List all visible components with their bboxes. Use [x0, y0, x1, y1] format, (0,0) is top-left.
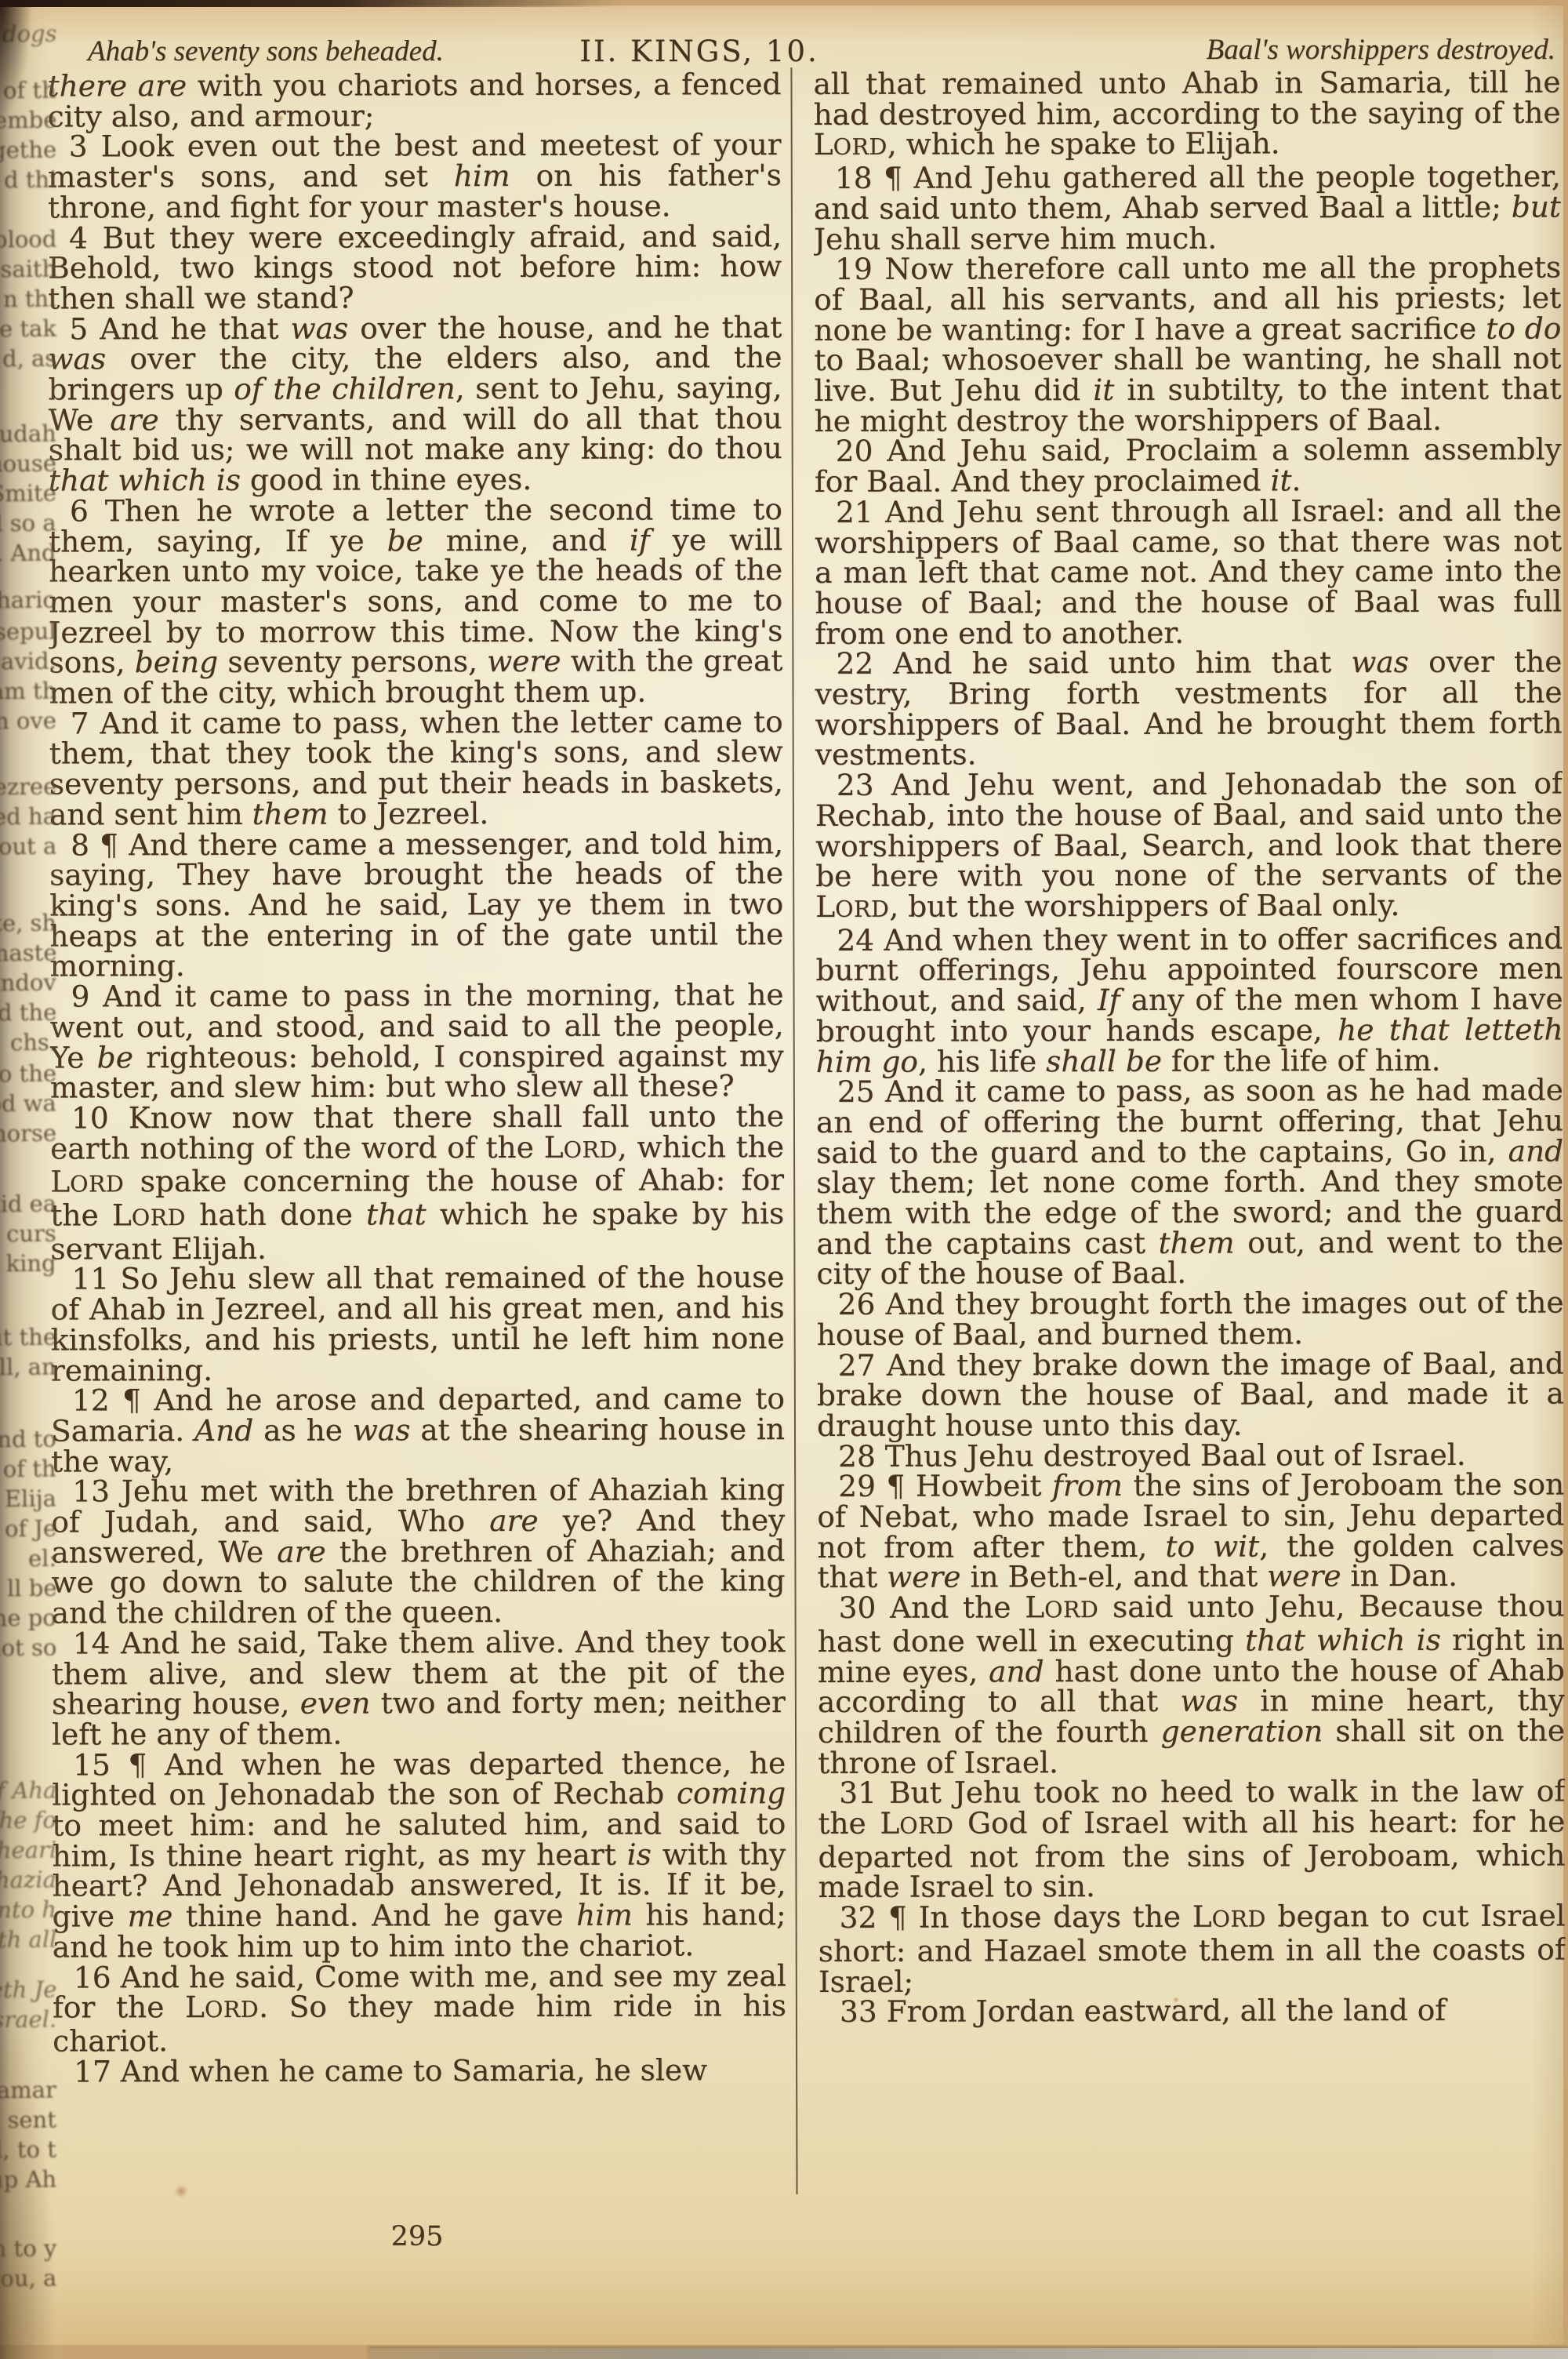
- facing-page-text-fragment: into h: [0, 1896, 56, 1924]
- facing-page-text-fragment: d the: [0, 999, 56, 1027]
- gutter-top-shadow: [0, 0, 31, 118]
- facing-page-text-fragment: ll be: [6, 1575, 56, 1602]
- verse-paragraph-24: 24 And when they went in to offer sacrif…: [815, 923, 1563, 1077]
- divine-name-small-caps: LORD: [815, 889, 889, 924]
- facing-page-text-fragment: not so: [0, 1634, 56, 1662]
- facing-page-text-fragment: a king: [0, 1250, 56, 1278]
- facing-page-text-fragment: ate, sh: [0, 909, 56, 936]
- verse-paragraph-27: 27 And they brake down the image of Baal…: [817, 1348, 1564, 1441]
- verse-paragraph-11: 11 So Jehu slew all that remained of the…: [50, 1262, 784, 1385]
- facing-page-text-fragment: out a: [0, 833, 56, 860]
- verse-paragraph-28: 28 Thus Jehu destroyed Baal out of Israe…: [817, 1439, 1564, 1471]
- facing-page-text-fragment: e tak: [0, 315, 56, 343]
- facing-page-text-fragment: ed ha: [0, 803, 56, 831]
- facing-page-text-fragment: of Je: [5, 1515, 57, 1543]
- facing-page-text-fragment: sheari: [0, 1837, 56, 1864]
- divine-name-small-caps: LORD: [185, 1990, 259, 2024]
- facing-page-text-fragment: sepul: [0, 618, 56, 645]
- facing-page-text-fragment: t Elija: [0, 1485, 56, 1513]
- verse-paragraph-29: 29 ¶ Howbeit from the sins of Jeroboam t…: [817, 1470, 1564, 1593]
- facing-page-text-fragment: ut the: [0, 1324, 56, 1351]
- verse-paragraph-18: 18 ¶ And Jehu gathered all the people to…: [814, 162, 1561, 255]
- photo-top-edge: [0, 0, 619, 7]
- verse-paragraph-14: 14 And he said, Take them alive. And the…: [52, 1627, 786, 1750]
- divine-name-small-caps: LORD: [112, 1198, 186, 1232]
- facing-page-text-fragment: Ahazia: [0, 1866, 56, 1893]
- facing-page-text-fragment: , saith: [0, 256, 56, 283]
- facing-page-text-fragment: chario: [0, 587, 56, 614]
- verse-paragraph-7: 7 And it came to pass, when the letter c…: [49, 707, 783, 830]
- verse-paragraph-32: 32 ¶ In those days the LORD began to cut…: [818, 1901, 1566, 1997]
- verse-paragraph-25: 25 And it came to pass, as soon as he ha…: [816, 1075, 1564, 1289]
- facing-page-text-fragment: reth Je: [0, 1976, 56, 2003]
- facing-page-text-fragment: ull, an: [0, 1354, 56, 1381]
- paper-stain: [276, 114, 284, 122]
- facing-page-text-fragment: did ea: [0, 1190, 56, 1218]
- divine-name-small-caps: LORD: [544, 1129, 618, 1164]
- book-gutter: dogsof thembegethed thiblood, saithn thi…: [0, 0, 67, 2359]
- verse-paragraph-15: 15 ¶ And when he was departed thence, he…: [52, 1748, 786, 1962]
- facing-page-text-fragment: the po: [0, 1605, 56, 1632]
- facing-page-text-fragment: . And: [0, 540, 56, 567]
- facing-page-text-fragment: n thi: [3, 285, 56, 313]
- verse-paragraph-6: 6 Then he wrote a letter the second time…: [49, 494, 783, 708]
- facing-page-text-fragment: blood: [0, 226, 56, 253]
- facing-page-text-fragment: of Aha: [0, 1777, 56, 1805]
- verse-paragraph-30: 30 And the LORD said unto Jehu, Because …: [818, 1591, 1566, 1779]
- facing-page-text-fragment: vindov: [0, 969, 56, 996]
- page-number: 295: [50, 2221, 784, 2252]
- facing-page-text-fragment: avid.: [1, 648, 56, 675]
- verse-paragraph-26: 26 And they brought forth the images out…: [817, 1288, 1564, 1350]
- verse-paragraph-31: 31 But Jehu took no heed to walk in the …: [818, 1776, 1565, 1903]
- facing-page-text-fragment: horse: [0, 1120, 56, 1147]
- verse-paragraph-10: 10 Know now that there shall fall unto t…: [50, 1101, 785, 1264]
- verse-paragraph-continuation: all that remained unto Ahab in Samaria, …: [813, 67, 1560, 163]
- facing-page-text-fragment: th all: [0, 1926, 56, 1954]
- facing-page-text-fragment: n ove: [0, 707, 56, 735]
- verse-paragraph-9: 9 And it came to pass in the morning, th…: [49, 980, 783, 1103]
- verse-paragraph-3: 3 Look even out the best and meetest of …: [48, 129, 782, 223]
- verse-paragraph-4: 4 But they were exceedingly afraid, and …: [48, 221, 782, 314]
- facing-page-text-fragment: chs.: [10, 1029, 56, 1056]
- facing-page-text-fragment: , Smite: [0, 479, 56, 507]
- facing-page-text-fragment: So the: [0, 1060, 56, 1088]
- divine-name-small-caps: LORD: [1025, 1590, 1098, 1624]
- facing-page-text-fragment: maste: [0, 940, 56, 967]
- verse-paragraph-12: 12 ¶ And he arose and departed, and came…: [51, 1383, 785, 1477]
- verse-paragraph-33: 33 From Jordan eastward, all the land of: [818, 1995, 1566, 2027]
- paper-stain: [1173, 1997, 1179, 2003]
- right-column: all that remained unto Ahab in Samaria, …: [813, 67, 1566, 2195]
- facing-page-text-fragment: d of th: [0, 1456, 56, 1483]
- verse-paragraph-19: 19 Now therefore call unto me all the pr…: [814, 253, 1562, 437]
- verse-paragraph-8: 8 ¶ And there came a messenger, and told…: [49, 828, 784, 982]
- gutter-bottom-shadow: [0, 2030, 55, 2359]
- chapter-heading: II. KINGS, 10.: [579, 35, 818, 68]
- facing-page-text-fragment: ood wa: [0, 1089, 56, 1117]
- verse-paragraph-17: 17 And when he came to Samaria, he slew: [53, 2055, 786, 2087]
- facing-page-text-fragment: d so a: [0, 510, 56, 537]
- running-title-right: Baal's worshippers destroyed.: [1207, 33, 1555, 67]
- paper-stain: [174, 2185, 188, 2197]
- facing-page-text-fragment: Jezree: [0, 773, 56, 801]
- left-column: there are with you chariots and horses, …: [47, 69, 786, 2188]
- divine-name-small-caps: LORD: [880, 1806, 953, 1841]
- scripture-text-block: there are with you chariots and horses, …: [47, 67, 1566, 2197]
- facing-page-text-fragment: d thi: [3, 166, 56, 194]
- facing-page-text-fragment: and to: [0, 1426, 56, 1453]
- verse-paragraph-23: 23 And Jehu went, and Jehonadab the son …: [815, 769, 1563, 925]
- running-title-left: Ahab's seventy sons beheaded.: [88, 35, 444, 68]
- facing-page-text-fragment: gethe: [0, 136, 56, 164]
- verse-paragraph-21: 21 And Jehu sent through all Israel: and…: [815, 495, 1563, 649]
- photo-bottom-edge: [368, 2348, 1568, 2359]
- verse-paragraph-5: 5 And he that was over the house, and he…: [48, 312, 782, 496]
- facing-page-text-fragment: house: [0, 450, 56, 478]
- facing-page-text-fragment: d, as: [2, 345, 57, 373]
- verse-paragraph-13: 13 Jehu met with the brethren of Ahaziah…: [51, 1474, 786, 1628]
- verse-paragraph-16: 16 And he said, Come with me, and see my…: [53, 1961, 786, 2057]
- divine-name-small-caps: LORD: [814, 127, 887, 162]
- verse-paragraph-continuation: there are with you chariots and horses, …: [47, 69, 781, 132]
- divine-name-small-caps: LORD: [1192, 1899, 1266, 1934]
- column-divider-rule: [790, 67, 797, 2194]
- bible-page-photo: dogsof thembegethed thiblood, saithn thi…: [0, 0, 1568, 2359]
- facing-page-text-fragment: s curs: [0, 1220, 56, 1248]
- verse-paragraph-22: 22 And he said unto him that was over th…: [815, 647, 1562, 770]
- facing-page-text-fragment: am th: [0, 678, 56, 705]
- verse-paragraph-20: 20 And Jehu said, Proclaim a solemn asse…: [815, 434, 1562, 497]
- facing-page-text-fragment: h the fo: [0, 1806, 56, 1834]
- facing-page-text-fragment: el:: [28, 1545, 57, 1572]
- facing-page-text-fragment: Judah: [0, 420, 56, 448]
